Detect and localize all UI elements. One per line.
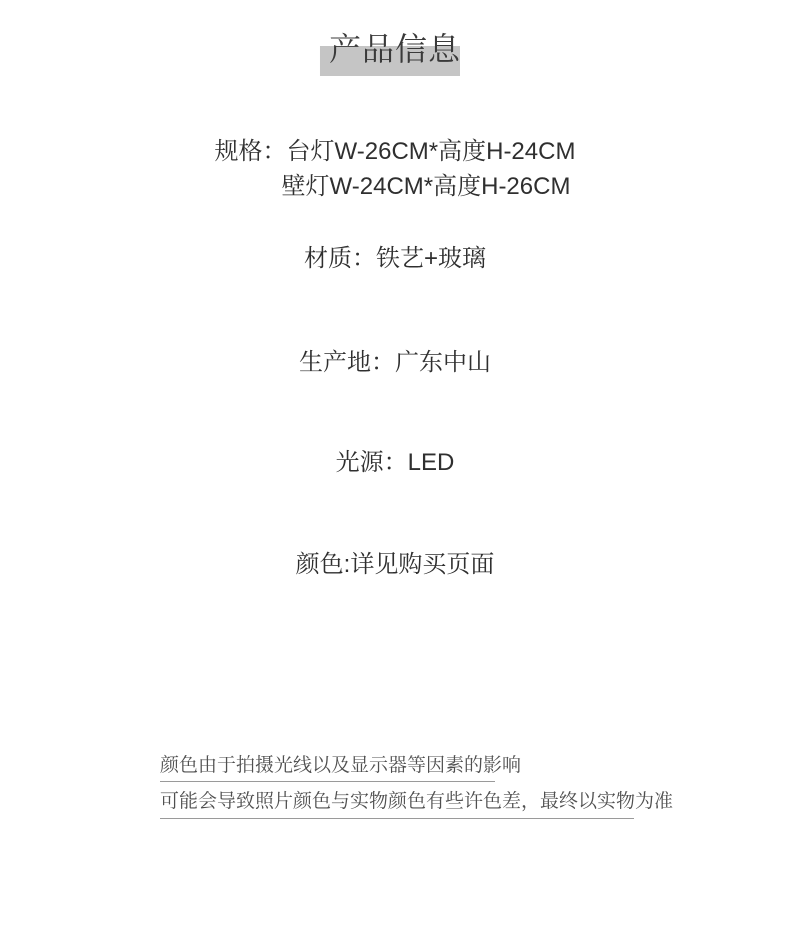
divider-line-1 <box>160 781 495 782</box>
spec-color-note: 颜色:详见购买页面 <box>296 551 495 578</box>
disclaimer-line-1: 颜色由于拍摄光线以及显示器等因素的影响 <box>160 754 521 777</box>
spec-size-block: 规格：台灯W-26CM*高度H-24CM 壁灯W-24CM*高度H-26CM <box>215 134 576 204</box>
spec-size-label: 规格： <box>215 138 287 165</box>
spec-size-line2: 壁灯W-24CM*高度H-26CM <box>282 169 576 204</box>
spec-size-line1: 规格：台灯W-26CM*高度H-24CM <box>215 134 576 169</box>
spec-light-source: 光源：LED <box>336 449 455 476</box>
spec-material: 材质：铁艺+玻璃 <box>304 245 486 272</box>
spec-size-value1: 台灯W-26CM*高度H-24CM <box>287 138 576 165</box>
spec-origin: 生产地：广东中山 <box>299 349 491 376</box>
disclaimer-line-2: 可能会导致照片颜色与实物颜色有些许色差，最终以实物为准 <box>160 790 673 813</box>
page-title: 产品信息 <box>329 30 461 68</box>
page-title-text: 产品信息 <box>329 31 461 67</box>
product-info-panel: 产品信息 规格：台灯W-26CM*高度H-24CM 壁灯W-24CM*高度H-2… <box>0 0 790 941</box>
divider-line-2 <box>160 818 634 819</box>
